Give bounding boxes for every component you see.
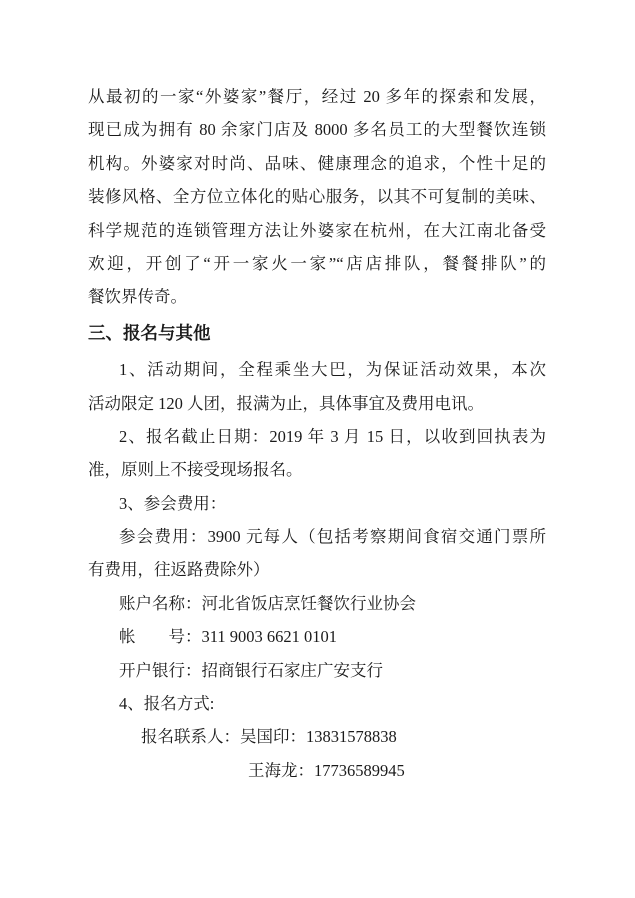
contact-line: 报名联系人：吴国印：13831578838 [88, 720, 546, 753]
intro-line: 科学规范的连锁管理方法让外婆家在杭州，在大江南北备受 [88, 214, 546, 247]
contact-line: 王海龙：17736589945 [88, 754, 546, 787]
document-page: 从最初的一家“外婆家”餐厅，经过 20 多年的探索和发展， 现已成为拥有 80 … [0, 0, 635, 898]
item1-line: 活动限定 120 人团，报满为止，具体事宜及费用电讯。 [88, 387, 546, 420]
intro-line: 现已成为拥有 80 余家门店及 8000 多名员工的大型餐饮连锁 [88, 113, 546, 146]
section-heading: 三、报名与其他 [88, 317, 546, 350]
intro-line: 欢迎，开创了“开一家火一家”“店店排队，餐餐排队”的 [88, 247, 546, 280]
account-name-line: 账户名称：河北省饭店烹饪餐饮行业协会 [88, 587, 546, 620]
fee-line: 有费用，往返路费除外） [88, 553, 546, 586]
fee-label: 3、参会费用： [88, 487, 546, 520]
item2-line: 准，原则上不接受现场报名。 [88, 453, 546, 486]
item1-line: 1、活动期间，全程乘坐大巴，为保证活动效果，本次 [88, 353, 546, 386]
intro-line: 机构。外婆家对时尚、品味、健康理念的追求，个性十足的 [88, 147, 546, 180]
bank-line: 开户银行：招商银行石家庄广安支行 [88, 654, 546, 687]
intro-line: 餐饮界传奇。 [88, 280, 546, 313]
method-label: 4、报名方式: [88, 687, 546, 720]
fee-line: 参会费用：3900 元每人（包括考察期间食宿交通门票所 [88, 520, 546, 553]
document-content: 从最初的一家“外婆家”餐厅，经过 20 多年的探索和发展， 现已成为拥有 80 … [88, 80, 546, 787]
item2-line: 2、报名截止日期：2019 年 3 月 15 日，以收到回执表为 [88, 420, 546, 453]
account-number-line: 帐 号：311 9003 6621 0101 [88, 620, 546, 653]
intro-line: 从最初的一家“外婆家”餐厅，经过 20 多年的探索和发展， [88, 80, 546, 113]
intro-line: 装修风格、全方位立体化的贴心服务，以其不可复制的美味、 [88, 180, 546, 213]
